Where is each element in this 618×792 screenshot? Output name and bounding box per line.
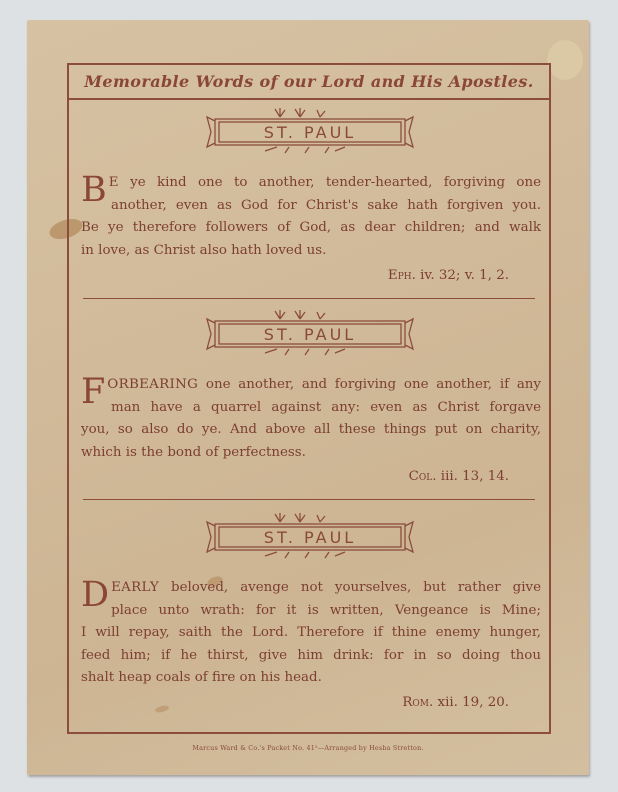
scripture-reference: Eph. iv. 32; v. 1, 2. bbox=[388, 268, 509, 283]
drop-cap: B bbox=[81, 174, 107, 206]
verse-text: F ORBEARING one another, and forgiving o… bbox=[81, 374, 541, 464]
banner-label: ST. PAUL bbox=[205, 527, 415, 549]
drop-cap: D bbox=[81, 579, 109, 611]
scripture-card: Memorable Words of our Lord and His Apos… bbox=[27, 20, 589, 775]
scripture-reference: Rom. xii. 19, 20. bbox=[402, 695, 509, 710]
drop-cap: F bbox=[81, 376, 105, 408]
verse-text: D EARLY beloved, avenge not yourselves, … bbox=[81, 577, 541, 690]
scripture-reference: Col. iii. 13, 14. bbox=[409, 469, 509, 484]
publisher-imprint: Marcus Ward & Co.'s Packet No. 41²—Arran… bbox=[27, 744, 589, 752]
wear-mark bbox=[547, 40, 583, 80]
section-divider bbox=[83, 499, 535, 500]
banner-label: ST. PAUL bbox=[205, 324, 415, 346]
section-divider bbox=[83, 298, 535, 299]
name-banner: ST. PAUL bbox=[205, 512, 415, 564]
name-banner: ST. PAUL bbox=[205, 309, 415, 361]
card-frame: Memorable Words of our Lord and His Apos… bbox=[67, 63, 551, 734]
banner-label: ST. PAUL bbox=[205, 122, 415, 144]
verse-text: B E ye kind one to another, tender-heart… bbox=[81, 172, 541, 262]
card-header: Memorable Words of our Lord and His Apos… bbox=[69, 65, 549, 100]
header-title: Memorable Words of our Lord and His Apos… bbox=[84, 72, 533, 91]
name-banner: ST. PAUL bbox=[205, 107, 415, 159]
